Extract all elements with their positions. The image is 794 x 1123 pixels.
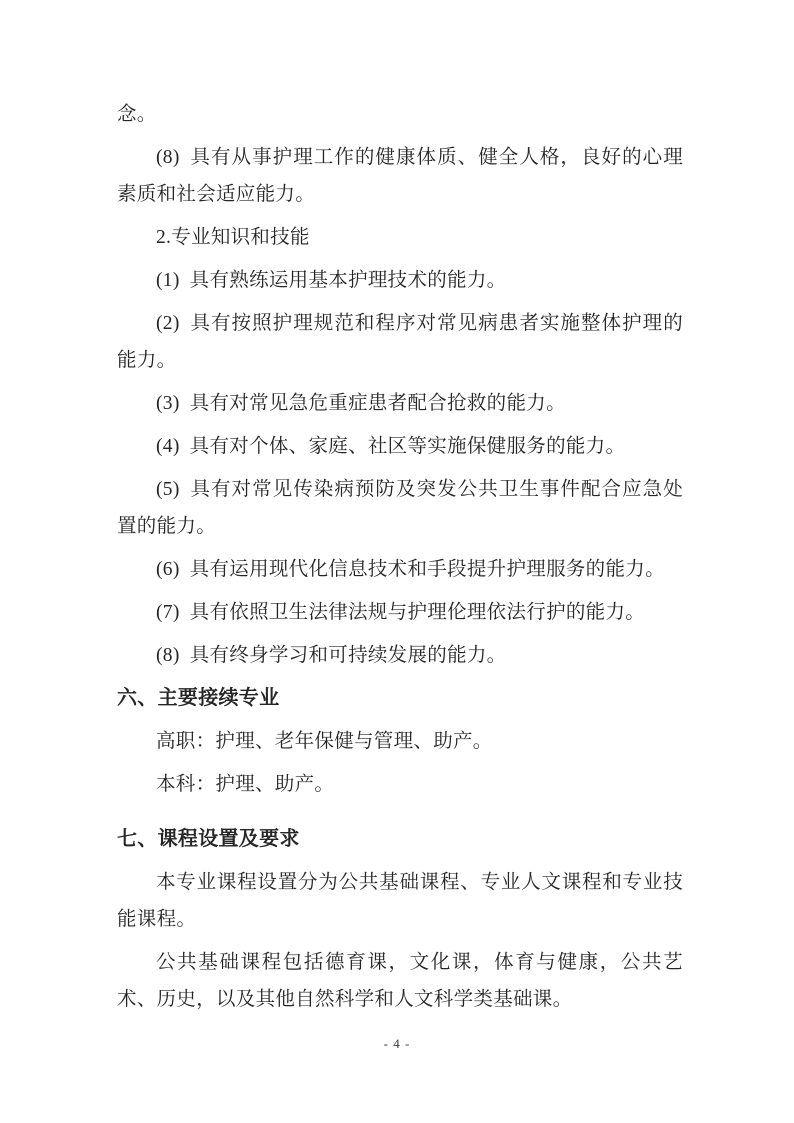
list-item-skill-3: (3) 具有对常见急危重症患者配合抢救的能力。 [117, 385, 683, 422]
section-heading-six: 六、主要接续专业 [117, 680, 683, 717]
list-item-quality-8: (8) 具有从事护理工作的健康体质、健全人格，良好的心理素质和社会适应能力。 [117, 139, 683, 213]
list-item-skill-8: (8) 具有终身学习和可持续发展的能力。 [117, 637, 683, 674]
continuing-majors-college: 高职：护理、老年保健与管理、助产。 [117, 723, 683, 760]
subsection-title-skills: 2.专业知识和技能 [117, 219, 683, 256]
document-body: 念。 (8) 具有从事护理工作的健康体质、健全人格，良好的心理素质和社会适应能力… [117, 96, 683, 1024]
list-item-skill-5: (5) 具有对常见传染病预防及突发公共卫生事件配合应急处置的能力。 [117, 471, 683, 545]
page-number: - 4 - [0, 1036, 794, 1052]
list-item-skill-7: (7) 具有依照卫生法律法规与护理伦理依法行护的能力。 [117, 594, 683, 631]
continuing-majors-bachelor: 本科：护理、助产。 [117, 766, 683, 803]
list-item-skill-2: (2) 具有按照护理规范和程序对常见病患者实施整体护理的能力。 [117, 305, 683, 379]
list-item-skill-6: (6) 具有运用现代化信息技术和手段提升护理服务的能力。 [117, 551, 683, 588]
section-heading-seven: 七、课程设置及要求 [117, 821, 683, 858]
curriculum-overview-paragraph: 本专业课程设置分为公共基础课程、专业人文课程和专业技能课程。 [117, 864, 683, 938]
basic-courses-paragraph: 公共基础课程包括德育课，文化课，体育与健康，公共艺术、历史，以及其他自然科学和人… [117, 944, 683, 1018]
paragraph-continuation: 念。 [117, 96, 683, 133]
document-page: 念。 (8) 具有从事护理工作的健康体质、健全人格，良好的心理素质和社会适应能力… [0, 0, 794, 1123]
list-item-skill-1: (1) 具有熟练运用基本护理技术的能力。 [117, 262, 683, 299]
list-item-skill-4: (4) 具有对个体、家庭、社区等实施保健服务的能力。 [117, 428, 683, 465]
